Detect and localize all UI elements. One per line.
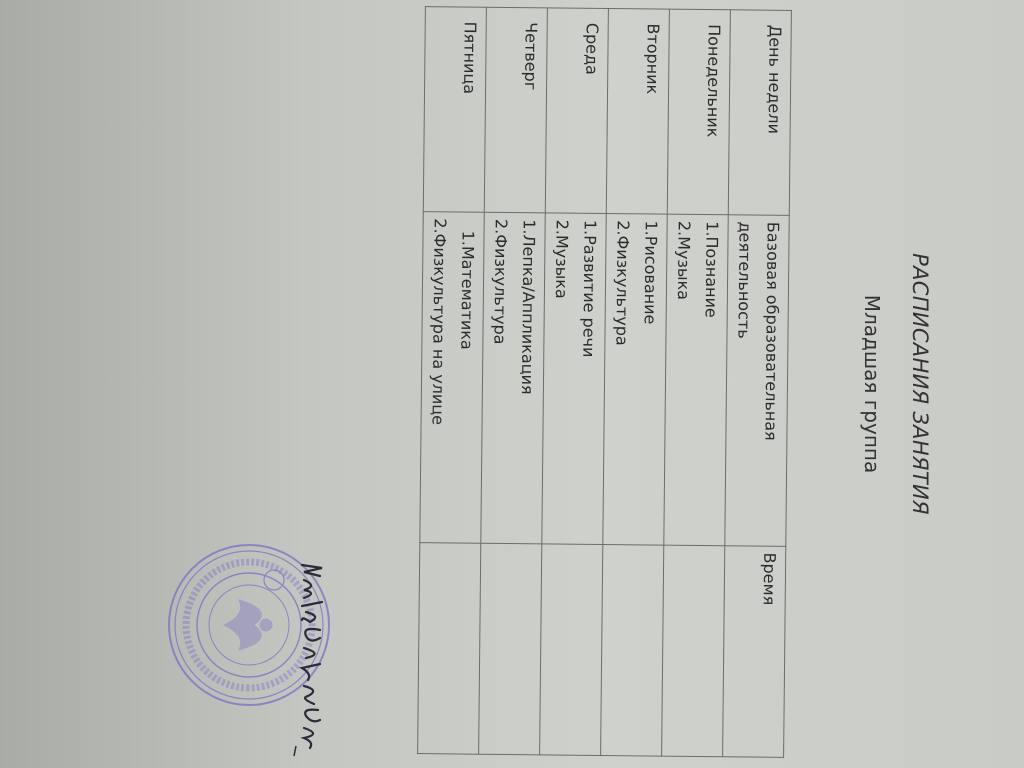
- table-row: Пятница 1.Математика 2.Физкультура на ул…: [418, 7, 487, 755]
- activity-item: 2.Музыка: [544, 219, 575, 537]
- activity-item: 2.Физкультура: [483, 219, 514, 537]
- time-cell: [601, 544, 664, 756]
- table-row: Четверг 1.Лепка/Аппликация 2.Физкультура: [479, 7, 548, 755]
- activity-item: 1.Познание: [694, 221, 725, 539]
- activity-cell: 1.Лепка/Аппликация 2.Физкультура: [481, 212, 545, 543]
- table-header-row: День недели Базовая образовательная деят…: [723, 10, 792, 758]
- table-row: Понедельник 1.Познание 2.Музыка: [662, 9, 731, 757]
- activity-item: 1.Рисование: [633, 220, 664, 538]
- activity-item: 2.Физкультура: [605, 220, 636, 538]
- activity-item: 1.Математика: [450, 218, 481, 536]
- activity-cell: 1.Рисование 2.Физкультура: [603, 214, 667, 545]
- activity-cell: 1.Познание 2.Музыка: [664, 214, 728, 545]
- activity-item: 1.Лепка/Аппликация: [511, 219, 542, 537]
- document-title: РАСПИСАНИЯ ЗАНЯТИЯ: [908, 0, 932, 768]
- activity-item: 1.Развитие речи: [572, 220, 603, 538]
- header-time: Время: [723, 546, 786, 758]
- day-cell: Понедельник: [667, 9, 730, 215]
- day-cell: Пятница: [423, 7, 486, 213]
- document-page: РАСПИСАНИЯ ЗАНЯТИЯ Младшая группа День н…: [0, 0, 1024, 768]
- time-cell: [540, 544, 603, 756]
- activity-item: 2.Музыка: [666, 221, 697, 539]
- handwritten-signature-icon: [292, 560, 332, 760]
- activity-cell: 1.Развитие речи 2.Музыка: [542, 213, 606, 544]
- table-row: Вторник 1.Рисование 2.Физкультура: [601, 9, 670, 757]
- time-cell: [479, 543, 542, 755]
- activity-cell: 1.Математика 2.Физкультура на улице: [420, 212, 484, 543]
- day-cell: Вторник: [606, 9, 669, 215]
- day-cell: Четверг: [484, 7, 547, 213]
- document-subtitle: Младшая группа: [860, 0, 884, 768]
- day-cell: Среда: [545, 8, 608, 214]
- time-cell: [662, 545, 725, 757]
- header-activity: Базовая образовательная деятельность: [725, 215, 789, 546]
- activity-item: 2.Физкультура на улице: [422, 218, 453, 536]
- schedule-table: День недели Базовая образовательная деят…: [417, 6, 792, 758]
- table-row: Среда 1.Развитие речи 2.Музыка: [540, 8, 609, 756]
- header-day: День недели: [728, 10, 791, 216]
- time-cell: [418, 542, 481, 754]
